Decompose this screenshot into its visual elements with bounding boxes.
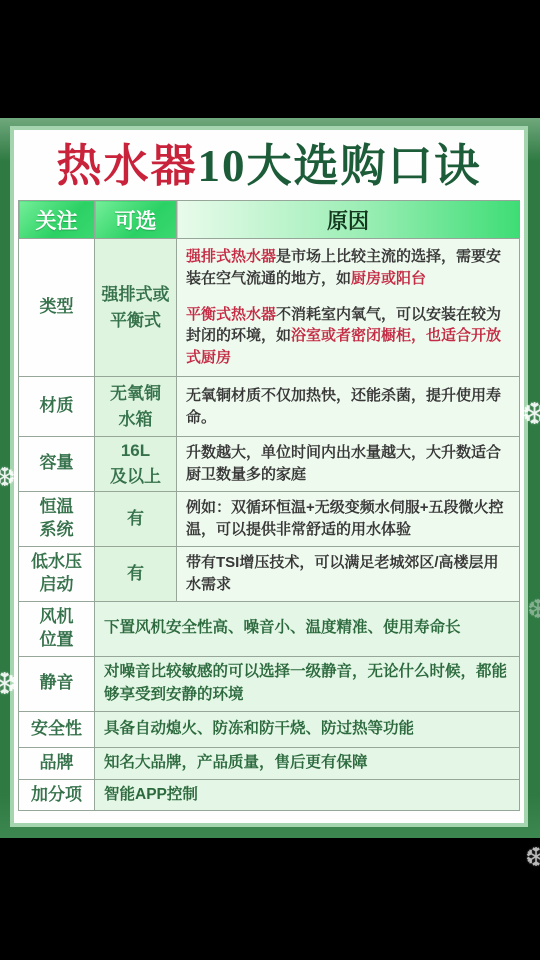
row-reason: 具备自动熄火、防冻和防干烧、防过热等功能: [95, 711, 520, 747]
reason-text: 知名大品牌，产品质量，售后更有保障: [104, 754, 368, 771]
page-title: 热水器10大选购口诀: [16, 132, 522, 200]
table-row: 品牌知名大品牌，产品质量，售后更有保障: [19, 747, 520, 779]
row-reason: 知名大品牌，产品质量，售后更有保障: [95, 747, 520, 779]
reason-paragraph: 智能APP控制: [104, 784, 510, 807]
reason-paragraph: 无氧铜材质不仅加热快，还能杀菌，提升使用寿命。: [186, 385, 510, 429]
reason-paragraph: 升数越大，单位时间内出水量越大，大升数适合厨卫数量多的家庭: [186, 442, 510, 486]
row-reason: 升数越大，单位时间内出水量越大，大升数适合厨卫数量多的家庭: [177, 437, 520, 492]
row-label: 材质: [19, 377, 95, 437]
table-row: 容量16L 及以上升数越大，单位时间内出水量越大，大升数适合厨卫数量多的家庭: [19, 437, 520, 492]
title-product-name: 热水器: [56, 141, 197, 191]
reason-paragraph: 对噪音比较敏感的可以选择一级静音，无论什么时候，都能够享受到安静的环境: [104, 661, 510, 706]
row-reason: 例如：双循环恒温+无级变频水伺服+五段微火控温，可以提供非常舒适的用水体验: [177, 491, 520, 546]
page: 热水器10大选购口诀 关注 可选 原因 类型强排式或 平衡式强排式热水器是市场上…: [0, 0, 540, 960]
row-label: 容量: [19, 437, 95, 492]
row-label: 静音: [19, 656, 95, 711]
row-label: 安全性: [19, 711, 95, 747]
row-option: 有: [95, 546, 177, 601]
reason-paragraph: 平衡式热水器不消耗室内氧气，可以安装在较为封闭的环境，如浴室或者密闭橱柜，也适合…: [186, 304, 510, 370]
row-option: 有: [95, 491, 177, 546]
table-row: 风机 位置下置风机安全性高、噪音小、温度精准、使用寿命长: [19, 601, 520, 656]
highlight-text: 平衡式热水器: [186, 306, 276, 323]
tips-table: 关注 可选 原因 类型强排式或 平衡式强排式热水器是市场上比较主流的选择，需要安…: [18, 200, 520, 811]
row-reason: 强排式热水器是市场上比较主流的选择，需要安装在空气流通的地方，如厨房或阳台平衡式…: [177, 239, 520, 377]
snowflake-icon: ❆: [527, 596, 540, 622]
snowflake-icon: ❆: [525, 844, 540, 870]
table-row: 低水压 启动有带有TSI增压技术，可以满足老城郊区/高楼层用水需求: [19, 546, 520, 601]
reason-paragraph: 具备自动熄火、防冻和防干烧、防过热等功能: [104, 718, 510, 741]
row-reason: 下置风机安全性高、噪音小、温度精准、使用寿命长: [95, 601, 520, 656]
highlight-text: 厨房或阳台: [351, 270, 426, 287]
reason-text: 下置风机安全性高、噪音小、温度精准、使用寿命长: [104, 619, 461, 636]
row-option: 强排式或 平衡式: [95, 239, 177, 377]
reason-text: 智能APP控制: [104, 786, 198, 803]
table-body: 类型强排式或 平衡式强排式热水器是市场上比较主流的选择，需要安装在空气流通的地方…: [19, 239, 520, 811]
reason-paragraph: 强排式热水器是市场上比较主流的选择，需要安装在空气流通的地方，如厨房或阳台: [186, 246, 510, 290]
reason-text: 升数越大，单位时间内出水量越大，大升数适合厨卫数量多的家庭: [186, 444, 501, 483]
table-row: 类型强排式或 平衡式强排式热水器是市场上比较主流的选择，需要安装在空气流通的地方…: [19, 239, 520, 377]
highlight-text: 强排式热水器: [186, 248, 276, 265]
header-row: 关注 可选 原因: [19, 201, 520, 239]
table-row: 静音对噪音比较敏感的可以选择一级静音，无论什么时候，都能够享受到安静的环境: [19, 656, 520, 711]
col-header-option: 可选: [95, 201, 177, 239]
row-reason: 带有TSI增压技术，可以满足老城郊区/高楼层用水需求: [177, 546, 520, 601]
row-label: 类型: [19, 239, 95, 377]
infographic-card: 热水器10大选购口诀 关注 可选 原因 类型强排式或 平衡式强排式热水器是市场上…: [0, 118, 540, 838]
row-label: 低水压 启动: [19, 546, 95, 601]
reason-paragraph: 下置风机安全性高、噪音小、温度精准、使用寿命长: [104, 617, 510, 640]
reason-text: 无氧铜材质不仅加热快，还能杀菌，提升使用寿命。: [186, 387, 501, 426]
row-label: 恒温 系统: [19, 491, 95, 546]
col-header-reason: 原因: [177, 201, 520, 239]
reason-text: 对噪音比较敏感的可以选择一级静音，无论什么时候，都能够享受到安静的环境: [104, 663, 507, 703]
reason-paragraph: 知名大品牌，产品质量，售后更有保障: [104, 752, 510, 775]
table-row: 恒温 系统有例如：双循环恒温+无级变频水伺服+五段微火控温，可以提供非常舒适的用…: [19, 491, 520, 546]
reason-text: 例如：双循环恒温+无级变频水伺服+五段微火控温，可以提供非常舒适的用水体验: [186, 499, 504, 538]
reason-paragraph: 例如：双循环恒温+无级变频水伺服+五段微火控温，可以提供非常舒适的用水体验: [186, 497, 510, 541]
row-label: 品牌: [19, 747, 95, 779]
col-header-focus: 关注: [19, 201, 95, 239]
title-tagline: 10大选购口诀: [198, 141, 482, 191]
reason-text: 带有TSI增压技术，可以满足老城郊区/高楼层用水需求: [186, 554, 499, 593]
reason-paragraph: 带有TSI增压技术，可以满足老城郊区/高楼层用水需求: [186, 552, 510, 596]
row-reason: 对噪音比较敏感的可以选择一级静音，无论什么时候，都能够享受到安静的环境: [95, 656, 520, 711]
row-reason: 智能APP控制: [95, 779, 520, 811]
row-option: 16L 及以上: [95, 437, 177, 492]
row-reason: 无氧铜材质不仅加热快，还能杀菌，提升使用寿命。: [177, 377, 520, 437]
table-row: 加分项智能APP控制: [19, 779, 520, 811]
row-label: 风机 位置: [19, 601, 95, 656]
table-row: 安全性具备自动熄火、防冻和防干烧、防过热等功能: [19, 711, 520, 747]
row-label: 加分项: [19, 779, 95, 811]
row-option: 无氧铜 水箱: [95, 377, 177, 437]
card-inner-panel: 热水器10大选购口诀 关注 可选 原因 类型强排式或 平衡式强排式热水器是市场上…: [10, 126, 528, 827]
table-row: 材质无氧铜 水箱无氧铜材质不仅加热快，还能杀菌，提升使用寿命。: [19, 377, 520, 437]
reason-text: 具备自动熄火、防冻和防干烧、防过热等功能: [104, 720, 414, 737]
